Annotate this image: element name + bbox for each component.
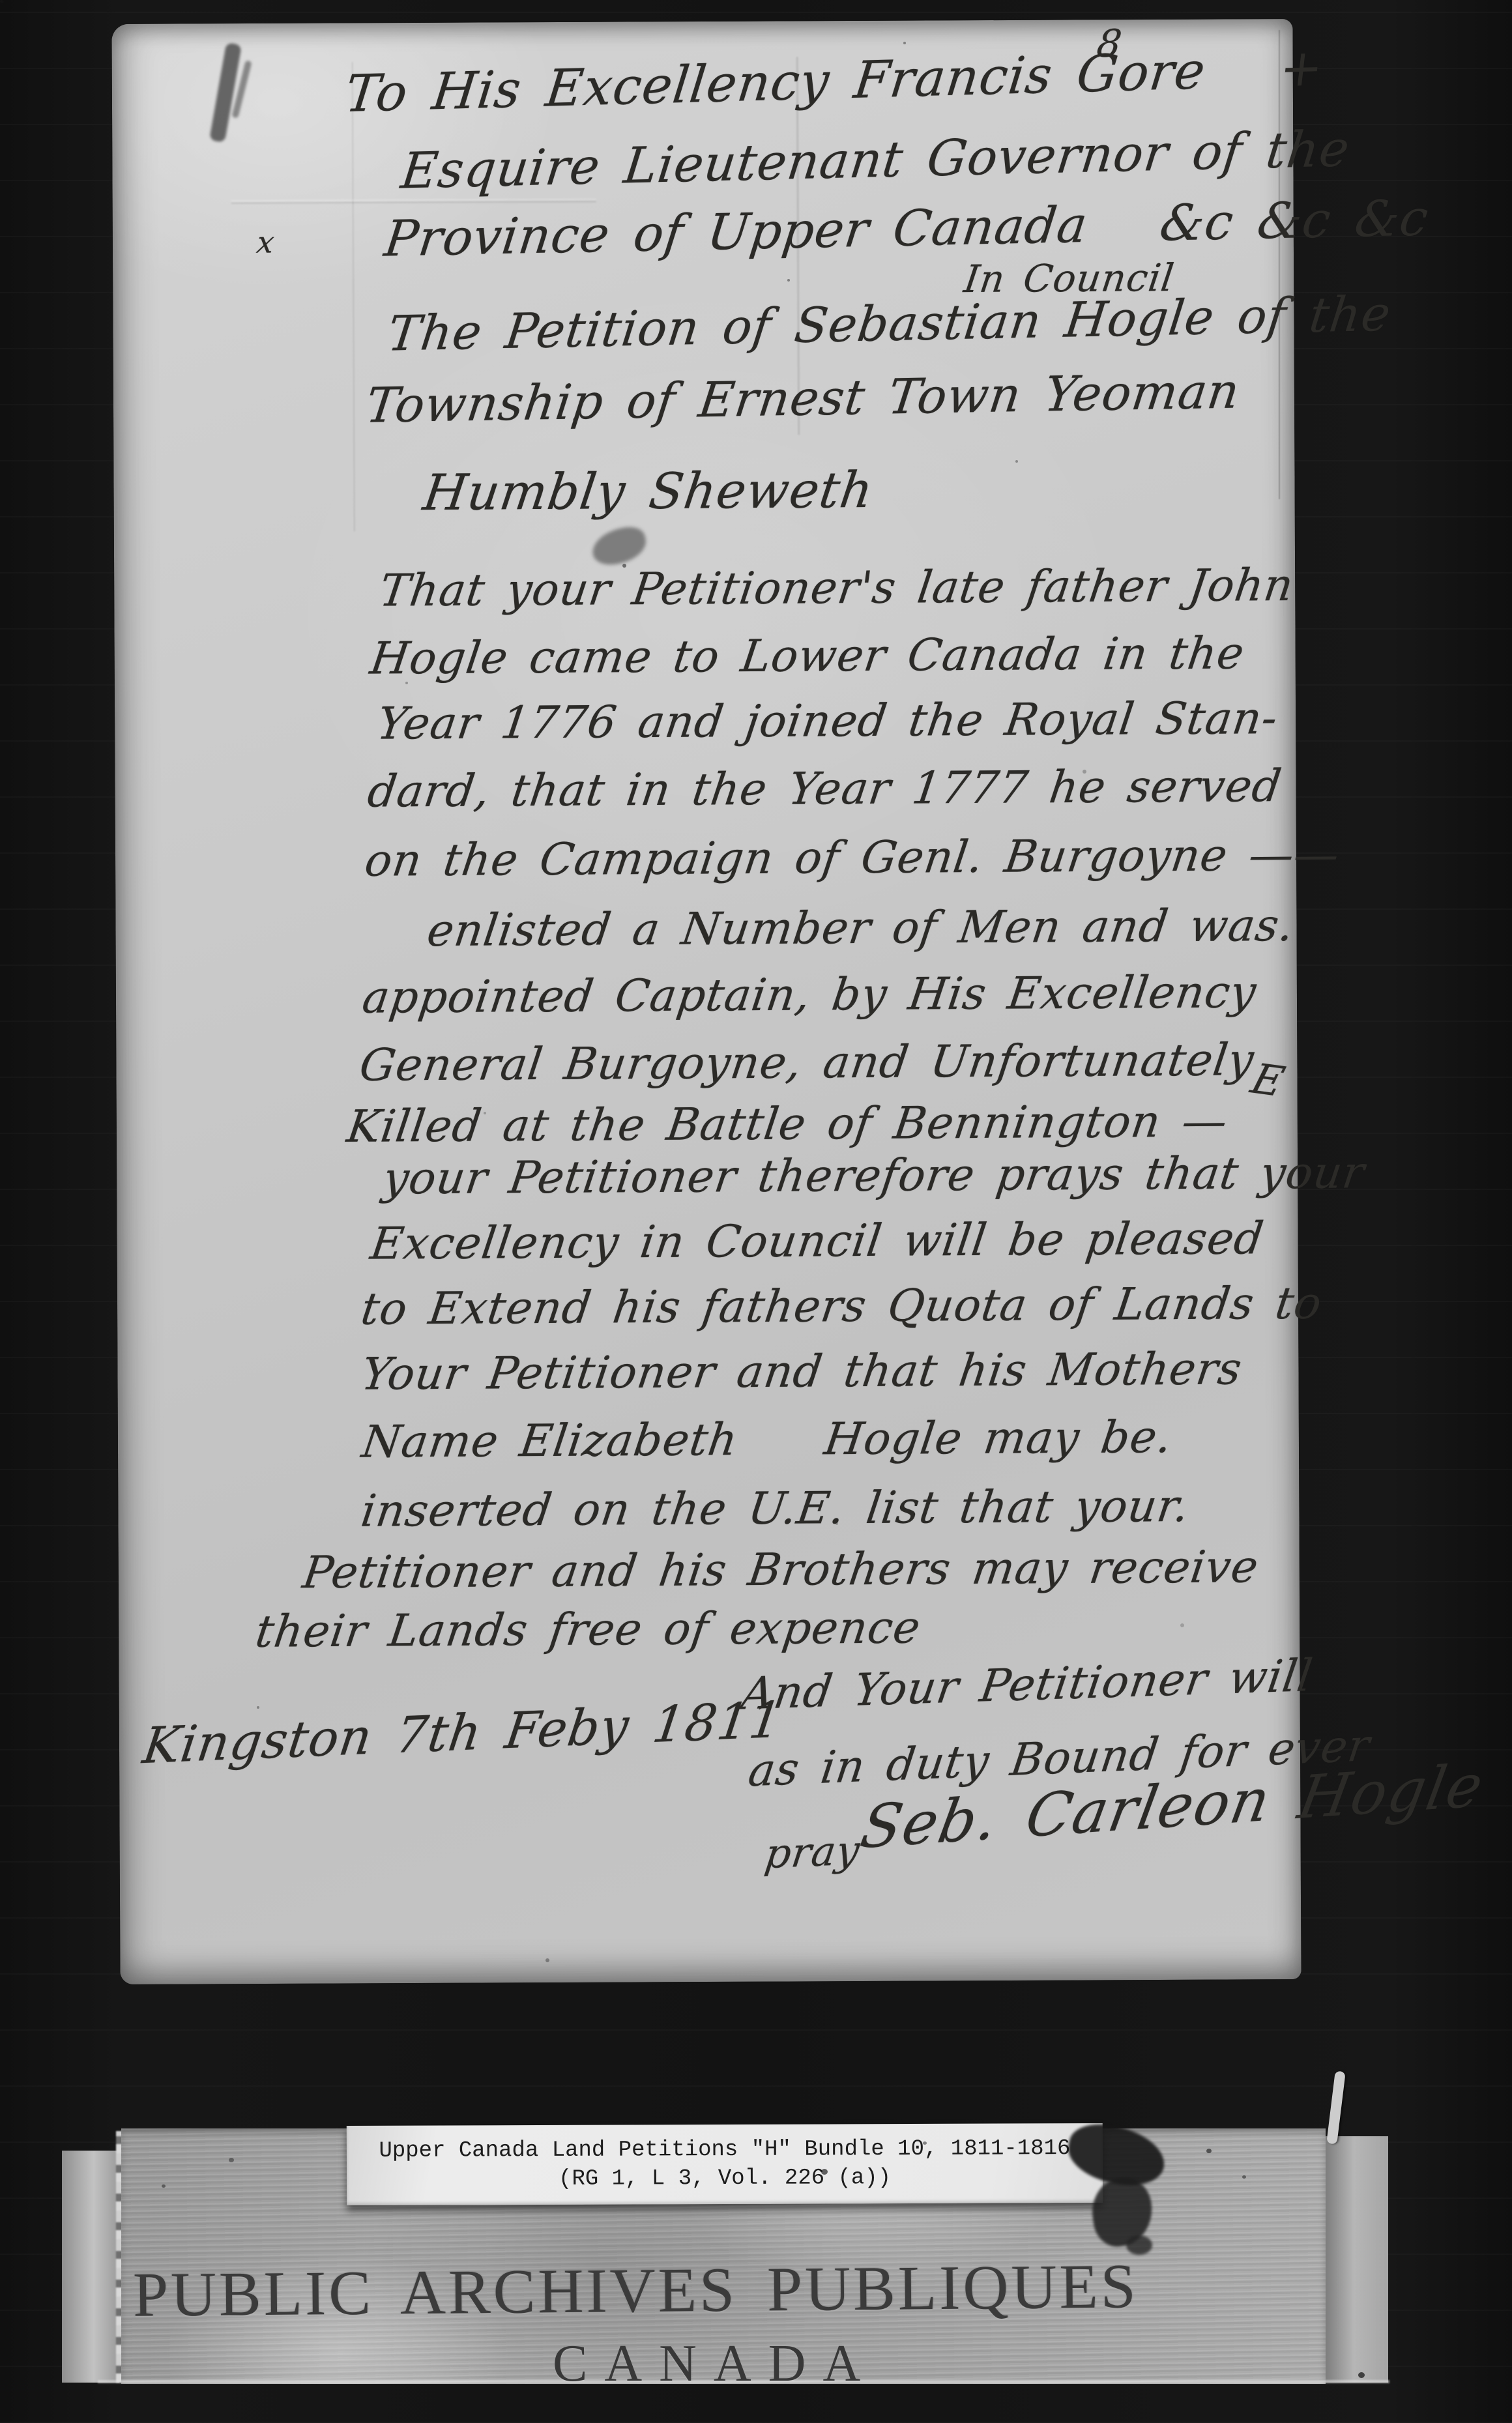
- petition-body-line: General Burgoyne, and Unfortunately: [356, 1034, 1257, 1091]
- archive-reference-line2: (RG 1, L 3, Vol. 226 (a)): [559, 2166, 891, 2192]
- petition-body-line: Excellency in Council will be pleased: [368, 1213, 1267, 1270]
- petition-body-line: Your Petitioner and that his Mothers: [358, 1343, 1245, 1400]
- petition-body-line: Year 1776 and joined the Royal Stan-: [374, 693, 1281, 750]
- petition-preamble-line: Township of Ernest Town Yeoman: [363, 363, 1243, 433]
- petition-heading-line: Province of Upper Canada &c &c &c: [381, 188, 1432, 267]
- petition-preamble-line: The Petition of Sebastian Hogle of the: [385, 286, 1393, 362]
- petition-body-line: inserted on the U.E. list that your.: [358, 1481, 1192, 1537]
- margin-mark-left: x: [255, 224, 277, 259]
- petition-body-line: dard, that in the Year 1777 he served: [365, 761, 1285, 818]
- petition-body-line: their Lands free of expence: [252, 1602, 923, 1657]
- ink-stain: [1126, 2235, 1152, 2255]
- dateline: Kingston 7th Feby 1811: [139, 1690, 785, 1775]
- petition-body-line: to Extend his fathers Quota of Lands to: [358, 1278, 1325, 1335]
- petition-body-line: Name Elizabeth Hogle may be.: [359, 1412, 1176, 1468]
- petition-heading-line: To His Excellency Francis Gore +: [342, 38, 1326, 124]
- petition-body-line: appointed Captain, by His Excellency: [359, 966, 1259, 1023]
- microfilm-background: 8 x E To His Excellency Francis Gore + E…: [0, 0, 1512, 2423]
- banner-specks: [0, 0, 4, 3]
- petition-body-line: on the Campaign of Genl. Burgoyne ——: [362, 830, 1343, 887]
- petition-body-line: Hogle came to Lower Canada in the: [367, 628, 1247, 684]
- petition-body-line: Killed at the Battle of Bennington —: [344, 1096, 1231, 1153]
- handwriting-layer: 8 x E To His Excellency Francis Gore + E…: [0, 0, 1512, 2423]
- petition-body-line: Petitioner and his Brothers may receive: [300, 1541, 1262, 1599]
- archives-banner-subtitle: CANADA: [553, 2334, 877, 2394]
- archive-reference-line1: Upper Canada Land Petitions "H" Bundle 1…: [379, 2136, 1070, 2164]
- petition-body-line: That your Petitioner's late father John: [377, 560, 1297, 617]
- banner-torn-right-piece: [1326, 2136, 1388, 2383]
- petition-body-line: your Petitioner therefore prays that you…: [380, 1147, 1368, 1204]
- petition-heading-line: Esquire Lieutenant Governor of the: [398, 119, 1353, 200]
- banner-torn-left-piece: [62, 2151, 119, 2383]
- archives-banner-title: PUBLIC ARCHIVES PUBLIQUES: [133, 2248, 1300, 2331]
- closing-line: And Your Petitioner will: [738, 1650, 1316, 1720]
- petition-body-line: enlisted a Number of Men and was.: [424, 900, 1298, 957]
- closing-line: pray: [762, 1826, 863, 1878]
- salutation-line: Humbly Sheweth: [420, 461, 877, 521]
- archive-reference-label: Upper Canada Land Petitions "H" Bundle 1…: [347, 2123, 1103, 2205]
